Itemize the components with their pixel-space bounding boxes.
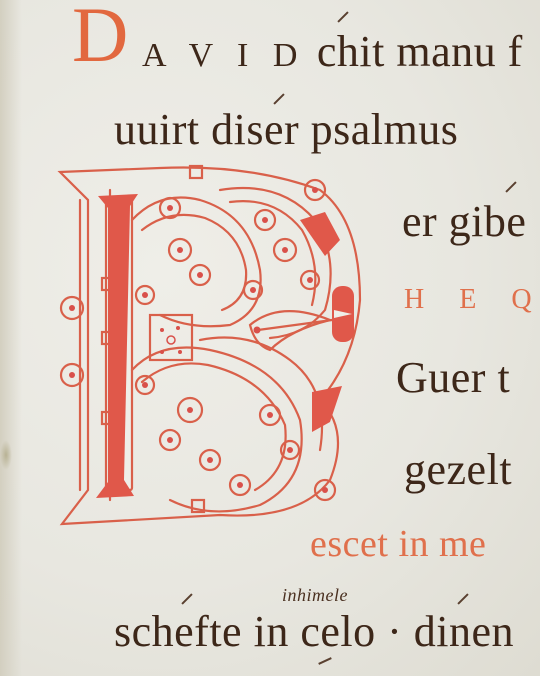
accent-mark	[181, 593, 192, 604]
accent-mark	[318, 657, 332, 665]
decorated-initial-b	[50, 160, 380, 532]
interlinear-gloss: inhimele	[282, 584, 348, 606]
text-line-1: A V I D chit manu f	[142, 28, 523, 80]
accent-mark	[337, 11, 348, 22]
line-1-capitals: A V I D	[142, 37, 305, 74]
accent-mark	[505, 181, 516, 192]
text-line-8: schefte in celo · dinen	[114, 608, 514, 656]
line-1-rest: chit manu f	[317, 27, 523, 76]
rubric-line-4: H E Q V	[404, 282, 540, 318]
accent-mark	[273, 93, 284, 104]
text-line-2: uuirt diser psalmus	[114, 106, 458, 154]
gutter-shadow	[0, 0, 22, 676]
text-line-3: er gibe	[402, 198, 526, 246]
text-line-5: Guer t	[396, 354, 510, 402]
manuscript-page: D A V I D chit manu f uuirt diser psalmu…	[0, 0, 540, 676]
accent-mark	[457, 593, 468, 604]
parchment-stain	[0, 440, 12, 470]
rubric-line-7: escet in me	[310, 522, 486, 566]
red-initial-d: D	[72, 0, 128, 74]
text-line-6: gezelt	[404, 446, 512, 494]
